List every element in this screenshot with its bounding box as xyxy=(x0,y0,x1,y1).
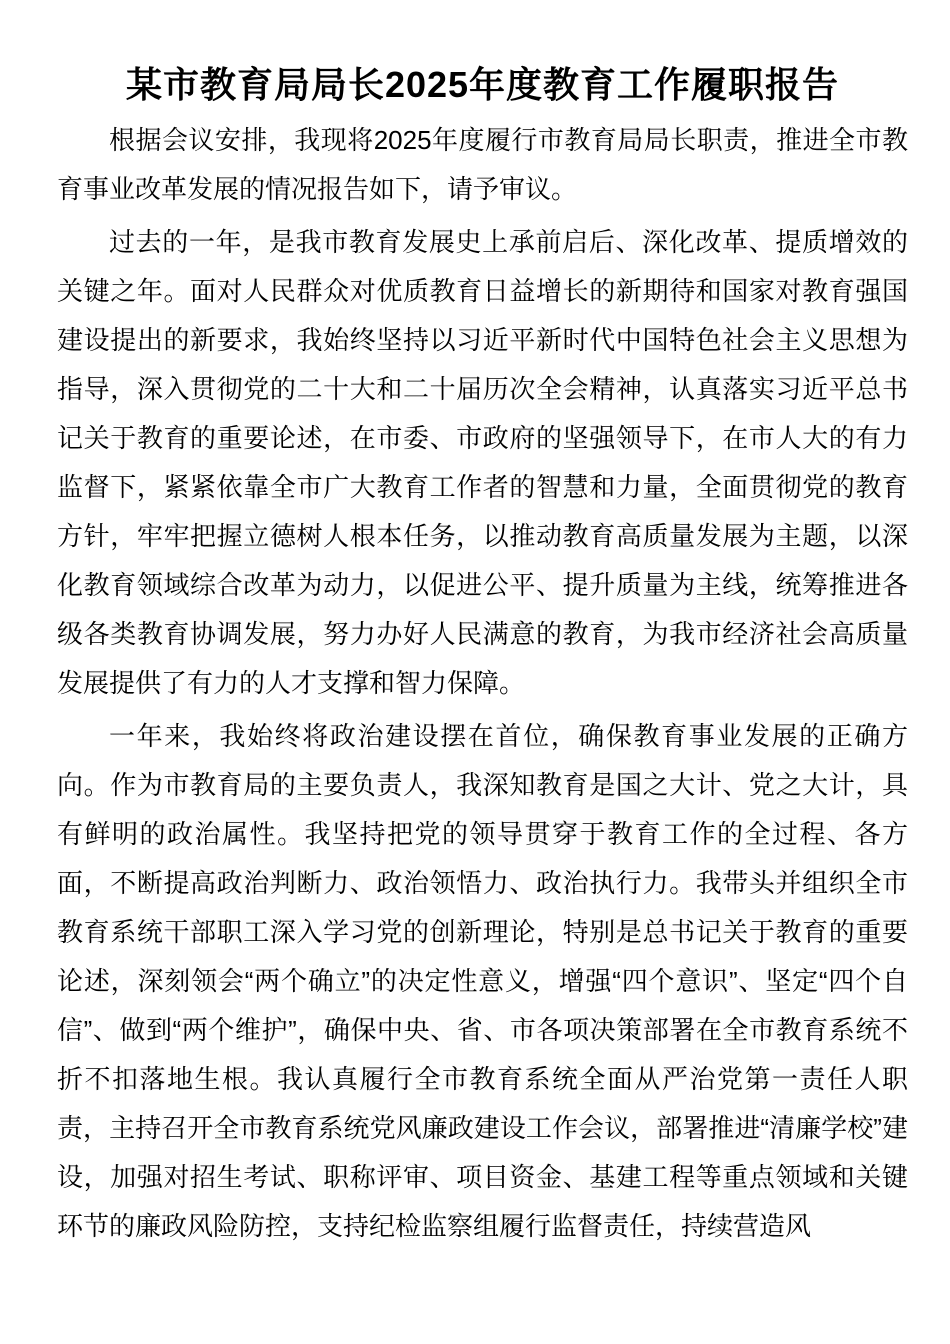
paragraph-year-overview: 过去的一年，是我市教育发展史上承前启后、深化改革、提质增效的关键之年。面对人民群… xyxy=(57,218,908,708)
paragraph-intro: 根据会议安排，我现将2025年度履行市教育局局长职责，推进全市教育事业改革发展的… xyxy=(57,116,908,214)
document-page: 某市教育局局长2025年度教育工作履职报告 根据会议安排，我现将2025年度履行… xyxy=(0,0,950,1344)
paragraph-political-construction: 一年来，我始终将政治建设摆在首位，确保教育事业发展的正确方向。作为市教育局的主要… xyxy=(57,712,908,1251)
document-title: 某市教育局局长2025年度教育工作履职报告 xyxy=(57,60,908,110)
